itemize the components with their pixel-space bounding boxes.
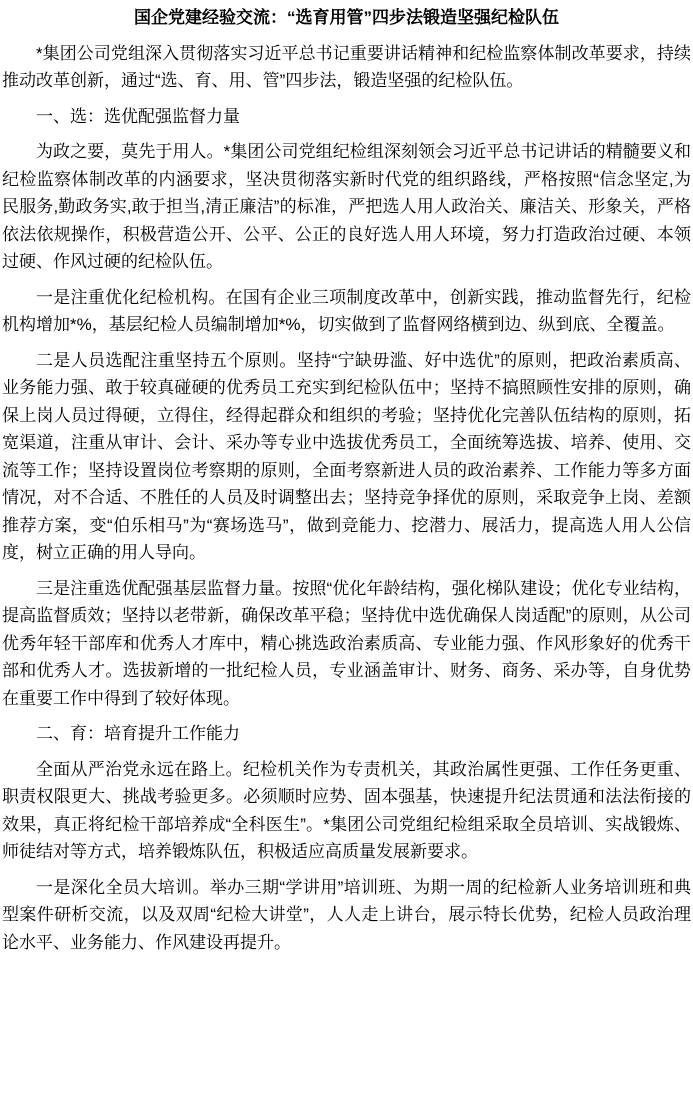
document-title: 国企党建经验交流：“选育用管”四步法锻造坚强纪检队伍: [2, 4, 691, 32]
paragraph-section1-point1: 一是注重优化纪检机构。在国有企业三项制度改革中，创新实践，推动监督先行，纪检机构…: [2, 284, 691, 339]
document-page: 国企党建经验交流：“选育用管”四步法锻造坚强纪检队伍 *集团公司党组深入贯彻落实…: [0, 0, 693, 1097]
paragraph-section1-point2: 二是人员选配注重坚持五个原则。坚持“宁缺毋滥、好中选优”的原则，把政治素质高、业…: [2, 347, 691, 567]
section-heading-2-cultivate: 二、育：培育提升工作能力: [2, 720, 691, 748]
paragraph-intro: *集团公司党组深入贯彻落实习近平总书记重要讲话精神和纪检监察体制改革要求，持续推…: [2, 40, 691, 95]
paragraph-section2-point1: 一是深化全员大培训。举办三期“学讲用”培训班、为期一周的纪检新人业务培训班和典型…: [2, 874, 691, 957]
paragraph-section1-lead: 为政之要，莫先于用人。*集团公司党组纪检组深刻领会习近平总书记讲话的精髓要义和纪…: [2, 138, 691, 276]
paragraph-section2-lead: 全面从严治党永远在路上。纪检机关作为专责机关，其政治属性更强、工作任务更重、职责…: [2, 756, 691, 866]
section-heading-1-select: 一、选：选优配强监督力量: [2, 103, 691, 131]
paragraph-section1-point3: 三是注重选优配强基层监督力量。按照“优化年龄结构，强化梯队建设；优化专业结构，提…: [2, 575, 691, 713]
